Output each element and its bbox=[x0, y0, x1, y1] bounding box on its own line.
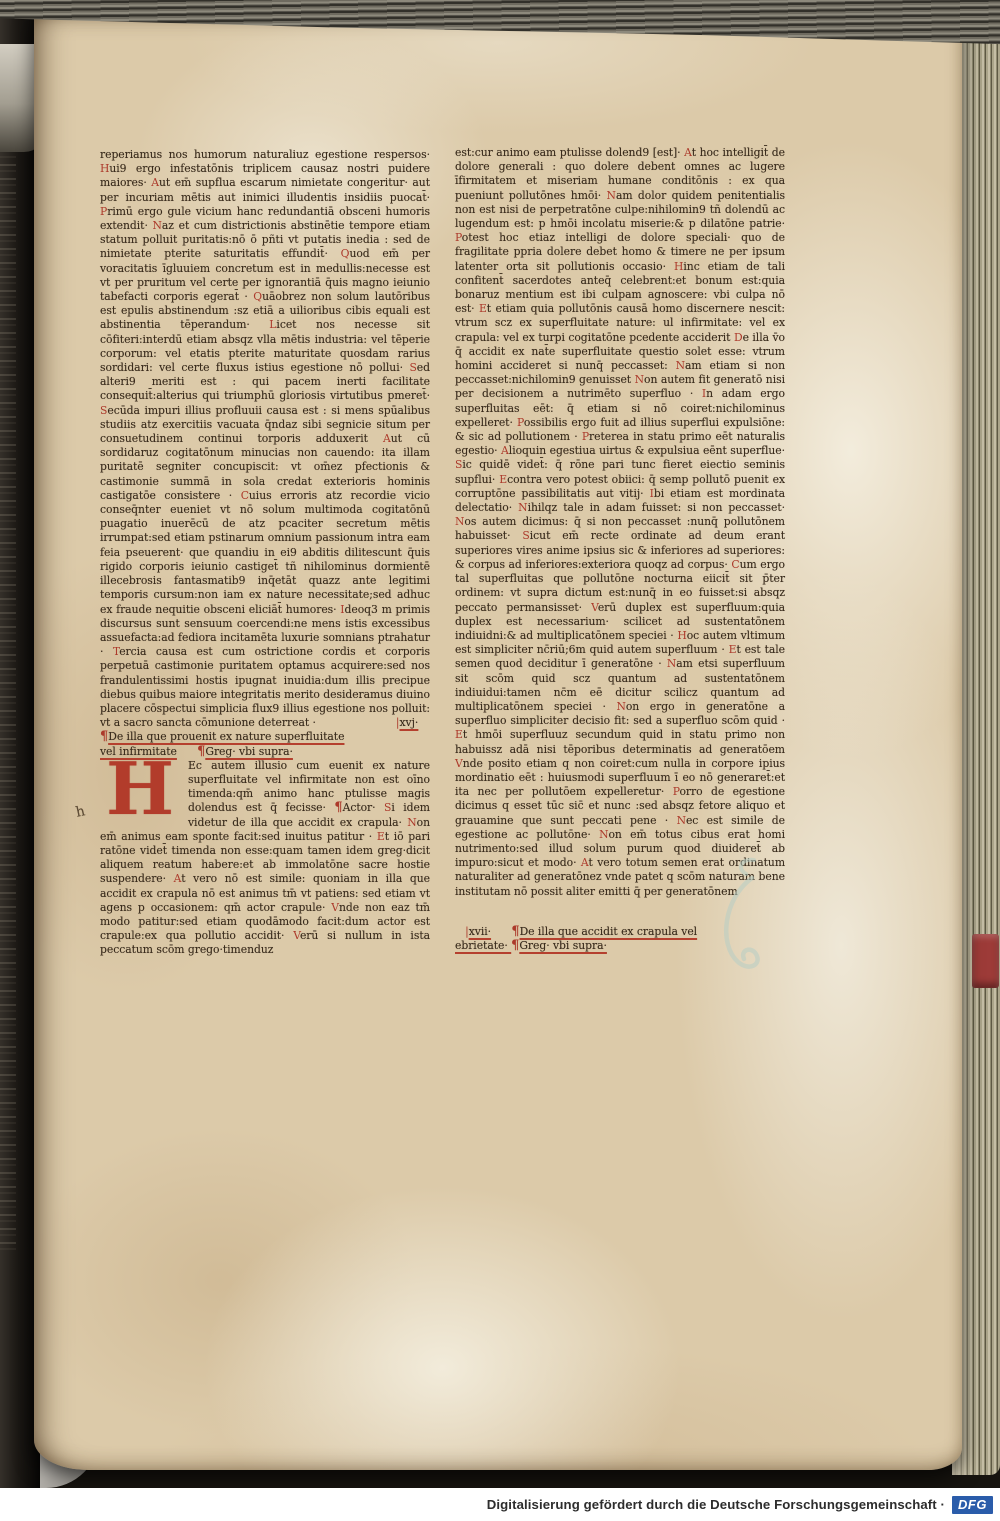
red-bookmark-tab bbox=[972, 934, 999, 988]
digitization-credit-bar: Digitalisierung gefördert durch die Deut… bbox=[0, 1488, 1000, 1521]
rubricator-guide-letter: h bbox=[75, 804, 87, 820]
ink-flourish bbox=[708, 852, 786, 992]
lombard-initial: H bbox=[98, 762, 182, 818]
right-paragraph-1: est:cur animo eam ptulisse dolend9 [est]… bbox=[455, 146, 785, 899]
digitization-credit-text: Digitalisierung gefördert durch die Deut… bbox=[487, 1497, 945, 1512]
book-scan: reperiamus nos humorum naturaliuz egesti… bbox=[0, 0, 1000, 1521]
chapter16-rubric-line-1: ¶De illa que prouenit ex nature superflu… bbox=[100, 730, 430, 744]
manuscript-page: reperiamus nos humorum naturaliuz egesti… bbox=[34, 14, 962, 1470]
left-paragraph-2: h H Ec autem illusio cum euenit ex natur… bbox=[100, 759, 430, 958]
facing-page-text-lines bbox=[0, 150, 16, 1250]
left-paragraph-1: reperiamus nos humorum naturaliuz egesti… bbox=[100, 148, 430, 730]
text-column-right: est:cur animo eam ptulisse dolend9 [est]… bbox=[455, 146, 785, 953]
dfg-logo: DFG bbox=[952, 1496, 993, 1514]
text-column-left: reperiamus nos humorum naturaliuz egesti… bbox=[100, 148, 430, 958]
